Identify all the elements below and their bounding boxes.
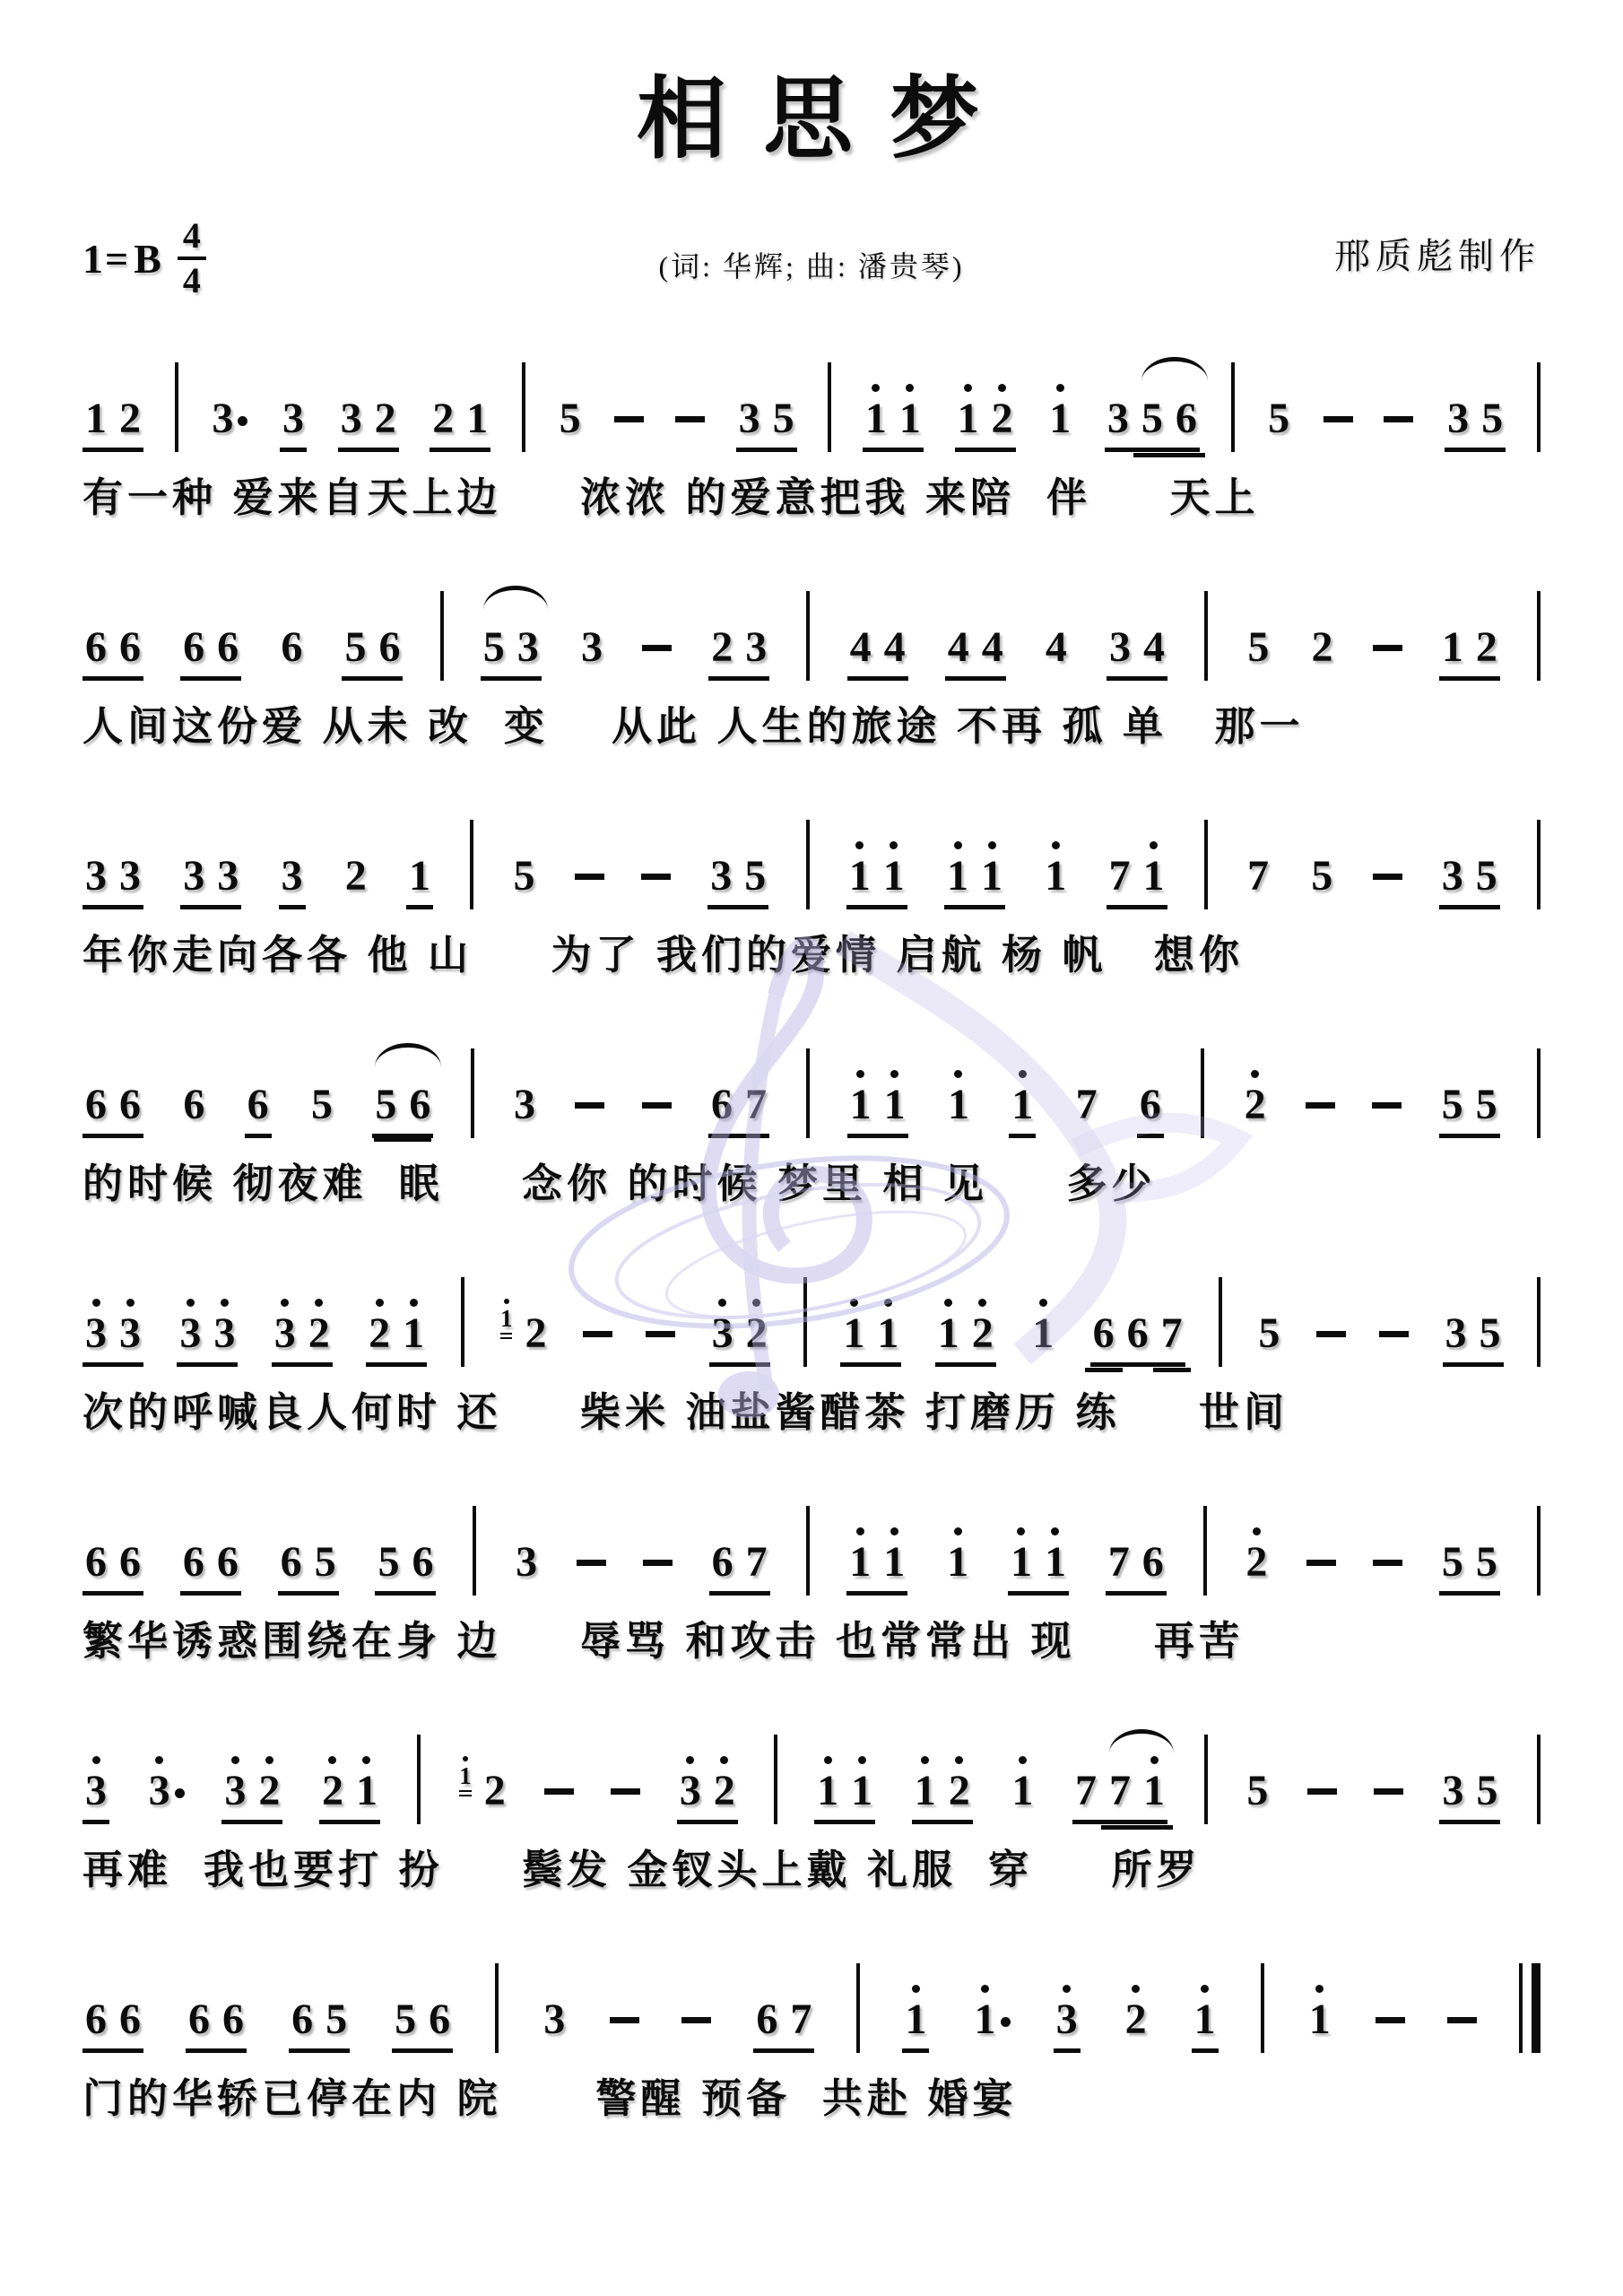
beam-group: 33 (82, 855, 143, 909)
note-digit: 3 (739, 397, 760, 440)
beam-group: 66 (82, 1083, 143, 1138)
duration-dash (1307, 1788, 1337, 1795)
note-digit: 2 (484, 1770, 506, 1813)
time-signature: 4 4 (178, 217, 206, 300)
bar-line (1537, 1506, 1541, 1596)
note: 5 (315, 1541, 336, 1584)
bar-line (1537, 1735, 1541, 1824)
note: 3 (1107, 397, 1129, 440)
note-digit: 1 (356, 1770, 378, 1813)
note-digit: 3 (179, 1312, 201, 1355)
note-digit: 1 (817, 1770, 838, 1813)
beam-group: 53 (481, 626, 542, 681)
note-digit: 3 (341, 397, 362, 440)
note: 5 (1442, 1541, 1463, 1584)
note: 1 (1045, 841, 1066, 898)
note: 6 (281, 1541, 302, 1584)
system: 6666556367111176255的时候 彻夜难 眠 念你 的时候 梦里 相… (82, 1036, 1541, 1209)
note-digit: 3 (217, 855, 239, 898)
beam-group: 3 (1054, 1985, 1081, 2053)
note-digit: 2 (345, 855, 367, 898)
note-digit: 1 (1049, 397, 1071, 440)
note: 6 (183, 626, 204, 669)
note-digit: 3 (1442, 1770, 1463, 1813)
notes-row: 66666556367113211 (82, 1951, 1541, 2053)
note-digit: 5 (1311, 855, 1332, 898)
bar-line (856, 1963, 860, 2053)
beam-group: 32 (677, 1756, 738, 1824)
bar-line (473, 1506, 476, 1596)
augmentation-dot (238, 416, 247, 426)
duration-dash (675, 416, 705, 422)
note: 1 (948, 1070, 969, 1126)
note: 7 (1109, 1770, 1131, 1813)
slur-arc (1141, 357, 1208, 381)
beam-group: 12 (955, 384, 1016, 452)
note: 3 (1445, 1312, 1467, 1355)
beam-group: 6 (1137, 1083, 1164, 1138)
note: 5 (1480, 1312, 1501, 1355)
note-digit: 3 (282, 855, 303, 898)
note-digit: 3 (119, 1312, 141, 1355)
note: 6 (291, 1998, 313, 2041)
note-digit: 7 (1075, 1770, 1097, 1813)
note-digit: 6 (378, 626, 400, 669)
note: 5 (1311, 855, 1332, 898)
note-digit: 5 (1258, 1312, 1280, 1355)
note-digit: 3 (1109, 626, 1131, 669)
system: 333221123211121771535再难 我也要打 扮 鬓发 金钗头上戴 … (82, 1722, 1541, 1895)
note: 3 (85, 855, 107, 898)
beam-group: 12 (498, 1312, 550, 1367)
note: 2 (1245, 1527, 1267, 1584)
note-digit: 3 (745, 626, 767, 669)
note-digit: 5 (344, 626, 366, 669)
beam-group: 2 (1243, 1527, 1270, 1596)
note-digit: 3 (680, 1770, 701, 1813)
note-digit: 2 (375, 397, 396, 440)
note-digit: 7 (1109, 1770, 1131, 1813)
beam-group: 32 (338, 397, 399, 452)
beam-group: 1 (1009, 1756, 1036, 1824)
lyrics-row: 人间这份爱 从未 改 变 从此 人生的旅途 不再 孤 单 那一 (82, 693, 1541, 752)
lyrics-row: 繁华诱惑围绕在身 边 辱骂 和攻击 也常常出 现 再苦 (82, 1608, 1541, 1666)
beam-group: 11 (840, 1299, 901, 1367)
note: 1 (403, 1299, 424, 1355)
note-digit: 6 (85, 1998, 107, 2041)
beam-group: 1 (1046, 384, 1073, 452)
beam-group: 56 (375, 1541, 436, 1596)
duration-dash (1324, 416, 1353, 422)
system: 666665563671111176255繁华诱惑围绕在身 边 辱骂 和攻击 也… (82, 1493, 1541, 1666)
note-digit: 2 (714, 1770, 735, 1813)
note-digit: 1 (851, 1770, 872, 1813)
note: 6 (85, 1083, 107, 1126)
notes-row: 333221123211121771535 (82, 1722, 1541, 1824)
bar-line (461, 1277, 464, 1367)
note: 6 (217, 1541, 239, 1584)
note: 1 (1011, 1070, 1033, 1126)
augmentation-dot (1001, 2017, 1011, 2027)
note-digit: 1 (1045, 1541, 1066, 1584)
note: 5 (325, 1998, 347, 2041)
note-digit: 3 (119, 855, 141, 898)
note: 1 (865, 384, 887, 440)
beam-group: 5 (1265, 397, 1292, 452)
slur-arc (483, 586, 548, 610)
note-digit: 3 (212, 397, 233, 440)
duration-dash (646, 1331, 675, 1337)
slur-arc (1109, 1729, 1174, 1753)
note-digit: 5 (560, 397, 581, 440)
note-digit: 5 (514, 855, 535, 898)
note: 3 (516, 1541, 537, 1584)
note: 6 (1176, 397, 1197, 440)
note-digit: 1 (1011, 1541, 1032, 1584)
beam-group: 2 (1309, 626, 1336, 681)
note: 1 (409, 855, 430, 898)
bar-line (495, 1963, 499, 2053)
note-digit: 1 (948, 1083, 969, 1126)
note-digit: 2 (432, 397, 454, 440)
note: 2 (972, 1299, 994, 1355)
note: 6 (183, 1541, 204, 1584)
note-digit: 6 (712, 1541, 733, 1584)
duration-dash (544, 1788, 574, 1795)
note-digit: 1 (975, 1998, 996, 2041)
meter-denominator: 4 (183, 260, 201, 300)
note-digit: 6 (281, 1541, 302, 1584)
note: 6 (222, 1998, 244, 2041)
beam-group: 3 (279, 855, 306, 909)
note-digit: 6 (85, 1541, 107, 1584)
note-digit: 1 (947, 1541, 968, 1584)
bar-line (806, 1506, 810, 1596)
beam-group: 1 (1042, 841, 1069, 909)
note-digit: 5 (1476, 1770, 1497, 1813)
note-digit: 2 (949, 1770, 970, 1813)
note: 5 (1442, 1083, 1463, 1126)
beam-group: 11 (1008, 1527, 1069, 1596)
note-digit: 1 (947, 855, 968, 898)
beam-group: 356 (1105, 397, 1200, 452)
note: 3 (745, 626, 767, 669)
note: 1 (877, 1299, 898, 1355)
note: 3 (282, 397, 304, 440)
key-value: B (134, 235, 161, 283)
note-digit: 1 (1011, 1083, 1033, 1126)
note-digit: 6 (281, 626, 302, 669)
beam-group: 1 (944, 1527, 971, 1596)
beam-group: 1 (406, 855, 433, 909)
note: 6 (378, 626, 400, 669)
beam-group: 3 (280, 397, 307, 452)
note: 1 (843, 1299, 864, 1355)
note-digit: 4 (1046, 626, 1067, 669)
bar-line (522, 362, 525, 452)
beam-group: 21 (430, 397, 490, 452)
beam-group: 3 (578, 626, 605, 681)
bar-line (1203, 1506, 1207, 1596)
note: 6 (119, 1998, 141, 2041)
note-digit: 5 (1476, 855, 1497, 898)
note-digit: 5 (315, 1541, 336, 1584)
note-digit: 3 (274, 1312, 296, 1355)
note-digit: 6 (1127, 1312, 1149, 1355)
lyrics-row: 年你走向各各 他 山 为了 我们的爱情 启航 杨 帆 想你 (82, 922, 1541, 980)
beam-group: 66 (180, 626, 241, 681)
note: 3 (213, 1299, 235, 1355)
system: 66666556367113211门的华轿已停在内 院 警醒 预备 共赴 婚宴 (82, 1951, 1541, 2124)
final-bar-line (1519, 1963, 1541, 2053)
note: 4 (850, 626, 872, 669)
beam-group: 56 (372, 1083, 433, 1138)
note: 7 (1108, 1541, 1130, 1584)
note: 3 (217, 855, 239, 898)
note-digit: 1 (409, 855, 430, 898)
note: 2 (1245, 1070, 1266, 1126)
note: 1 (1194, 1985, 1216, 2041)
note-digit: 1 (884, 1083, 906, 1126)
note: 5 (395, 1998, 416, 2041)
note: 4 (1046, 626, 1067, 669)
note: 7 (1075, 1770, 1097, 1813)
note-digit: 1 (1011, 1770, 1033, 1813)
note: 3 (1056, 1985, 1078, 2041)
lyrics-row: 有一种 爱来自天上边 浓浓 的爱意把我 来陪 伴 天上 (82, 465, 1541, 523)
note: 5 (378, 1541, 399, 1584)
beam-group: 33 (177, 1299, 238, 1367)
note: 2 (711, 626, 733, 669)
note-digit: 2 (1245, 1083, 1266, 1126)
note-digit: 1 (981, 855, 1002, 898)
note: 6 (756, 1998, 777, 2041)
note: 3 (1447, 397, 1469, 440)
note: 6 (85, 1998, 107, 2041)
beam-group: 11 (863, 384, 924, 452)
note: 6 (1140, 1083, 1161, 1126)
beam-group: 5 (557, 397, 584, 452)
note: 2 (369, 1299, 390, 1355)
beam-group: 21 (319, 1756, 380, 1824)
note-digit: 4 (884, 626, 906, 669)
key-signature: 1=B 4 4 (82, 217, 206, 300)
beam-group: 771 (1072, 1756, 1167, 1824)
note: 2 (484, 1770, 506, 1813)
note-digit: 2 (711, 626, 733, 669)
note-digit: 5 (1442, 1083, 1463, 1126)
note-digit: 3 (85, 1312, 107, 1355)
note-digit: 6 (1142, 1541, 1164, 1584)
header-row: 1=B 4 4 (词: 华辉; 曲: 潘贵琴) 邢质彪制作 (82, 192, 1541, 326)
note: 2 (375, 397, 396, 440)
duration-dash (1373, 645, 1402, 651)
beam-group: 3 (82, 1756, 109, 1824)
note: 3 (183, 855, 204, 898)
note-digit: 2 (119, 397, 141, 440)
beam-group: 11 (847, 1070, 908, 1138)
note: 7 (1161, 1312, 1183, 1355)
note: 5 (1476, 1083, 1497, 1126)
note: 6 (1127, 1312, 1149, 1355)
duration-dash (1306, 1560, 1336, 1566)
note: 5 (1247, 626, 1269, 669)
note: 1 (1032, 1299, 1054, 1355)
beam-group: 66 (186, 1998, 247, 2053)
bar-line (1261, 1963, 1264, 2053)
note-digit: 1 (1143, 1770, 1165, 1813)
beam-group: 44 (847, 626, 908, 681)
note: 3 (517, 626, 539, 669)
note: 6 (183, 1083, 204, 1126)
bar-line (1201, 1048, 1204, 1138)
note: 3 (712, 1299, 733, 1355)
note: 1 (1011, 1527, 1032, 1584)
note-digit: 1 (843, 1312, 864, 1355)
note-digit: 2 (369, 1312, 390, 1355)
note: 3 (85, 1299, 107, 1355)
beam-group: 33 (180, 855, 241, 909)
beam-group: 67 (709, 1541, 770, 1596)
note-digit: 3 (213, 1312, 235, 1355)
note-digit: 5 (1141, 397, 1163, 440)
beam-group: 55 (1439, 1541, 1500, 1596)
notes-row: 6666556367111176255 (82, 1036, 1541, 1138)
note-digit: 6 (412, 1541, 433, 1584)
bar-line (1537, 820, 1541, 909)
bar-line (417, 1735, 421, 1824)
note: 3 (85, 1756, 107, 1813)
note-digit: 1 (1032, 1312, 1054, 1355)
note-digit: 1 (1194, 1998, 1216, 2041)
note-digit: 6 (183, 626, 204, 669)
beam-group: 5 (511, 855, 538, 909)
credits: (词: 华辉; 曲: 潘贵琴) (659, 244, 965, 285)
note-digit: 5 (1246, 1770, 1268, 1813)
note: 2 (992, 384, 1013, 440)
note-digit: 5 (395, 1998, 416, 2041)
beam-group: 65 (278, 1541, 339, 1596)
beam-group: 55 (1439, 1083, 1500, 1138)
beam-group: 11 (814, 1756, 875, 1824)
note-digit: 6 (119, 1541, 141, 1584)
duration-dash (611, 1788, 640, 1795)
note-digit: 3 (543, 1998, 565, 2041)
note: 1 (883, 1527, 905, 1584)
duration-dash (583, 1331, 612, 1337)
notes-row: 66666565332344444345212 (82, 578, 1541, 681)
bar-line (774, 1735, 777, 1824)
note-digit: 6 (183, 1541, 204, 1584)
note-digit: 7 (1108, 1541, 1130, 1584)
bar-line (1231, 362, 1235, 452)
beam-group: 2 (343, 855, 369, 909)
note-digit: 6 (291, 1998, 313, 2041)
note-digit: 1 (403, 1312, 424, 1355)
beam-group: 66 (82, 626, 143, 681)
note: 6 (217, 626, 239, 669)
beam-group: 12 (82, 397, 143, 452)
bar-line (828, 362, 831, 452)
note: 7 (1247, 855, 1269, 898)
note: 2 (949, 1756, 970, 1813)
note-digit: 1 (500, 1307, 513, 1331)
note: 6 (429, 1998, 450, 2041)
note: 2 (746, 1299, 768, 1355)
note: 2 (345, 855, 367, 898)
note-digit: 6 (247, 1083, 269, 1126)
note: 6 (712, 1541, 733, 1584)
note: 5 (560, 397, 581, 440)
note: 7 (745, 1083, 767, 1126)
beam-group: 66 (180, 1541, 241, 1596)
note: 4 (1143, 626, 1165, 669)
note: 2 (525, 1312, 546, 1355)
beam-group: 1 (1306, 1985, 1333, 2053)
note-digit: 3 (183, 855, 204, 898)
note: 3 (1109, 626, 1131, 669)
bar-line (1537, 1277, 1541, 1367)
note: 6 (85, 626, 107, 669)
note: 1 (1143, 1756, 1165, 1813)
note-digit: 7 (1109, 855, 1131, 898)
beam-group: 1 (1009, 1070, 1036, 1138)
beam-group: 66 (82, 1541, 143, 1596)
note-digit: 6 (409, 1083, 430, 1126)
beam-group: 11 (944, 841, 1005, 909)
note-digit: 3 (1056, 1998, 1078, 2041)
note: 3 (119, 855, 141, 898)
note: 2 (1125, 1985, 1147, 2041)
note-digit: 6 (183, 1083, 204, 1126)
beam-group: 4 (1043, 626, 1070, 681)
beam-group: 35 (707, 855, 768, 909)
note-digit: 5 (744, 855, 766, 898)
note: 5 (1246, 1770, 1268, 1813)
beam-group: 44 (945, 626, 1006, 681)
beam-group: 35 (736, 397, 797, 452)
beam-group: 1 (972, 1985, 1011, 2053)
note-digit: 1 (849, 855, 871, 898)
sheet-music-page: 相 思 梦 1=B 4 4 (词: 华辉; 曲: 潘贵琴) 邢质彪制作 1233… (0, 0, 1623, 2296)
note-digit: 7 (790, 1998, 811, 2041)
system: 333332153511111717535年你走向各各 他 山 为了 我们的爱情… (82, 807, 1541, 980)
note: 1 (1143, 841, 1165, 898)
note-digit: 2 (308, 1312, 330, 1355)
bar-line (806, 591, 810, 681)
note-digit: 1 (459, 1764, 472, 1788)
note-digit: 5 (1247, 626, 1269, 669)
note-digit: 3 (282, 397, 304, 440)
note: 3 (274, 1299, 296, 1355)
beam-group: 7 (1245, 855, 1271, 909)
note: 1 (1011, 1756, 1033, 1813)
note: 1 (849, 1527, 871, 1584)
note: 1 (915, 1756, 936, 1813)
beam-group: 5 (1308, 855, 1335, 909)
note-digit: 6 (85, 1083, 107, 1126)
note-digit: 6 (217, 626, 239, 669)
note-digit: 7 (1161, 1312, 1183, 1355)
note-digit: 1 (849, 1541, 871, 1584)
note: 1 (850, 1070, 872, 1126)
note-digit: 7 (745, 1083, 767, 1126)
note-digit: 6 (711, 1083, 733, 1126)
beam-group: 71 (1107, 841, 1167, 909)
note: 1 (1045, 1527, 1066, 1584)
note: 1 (884, 1070, 906, 1126)
note: 3 (1442, 1770, 1463, 1813)
